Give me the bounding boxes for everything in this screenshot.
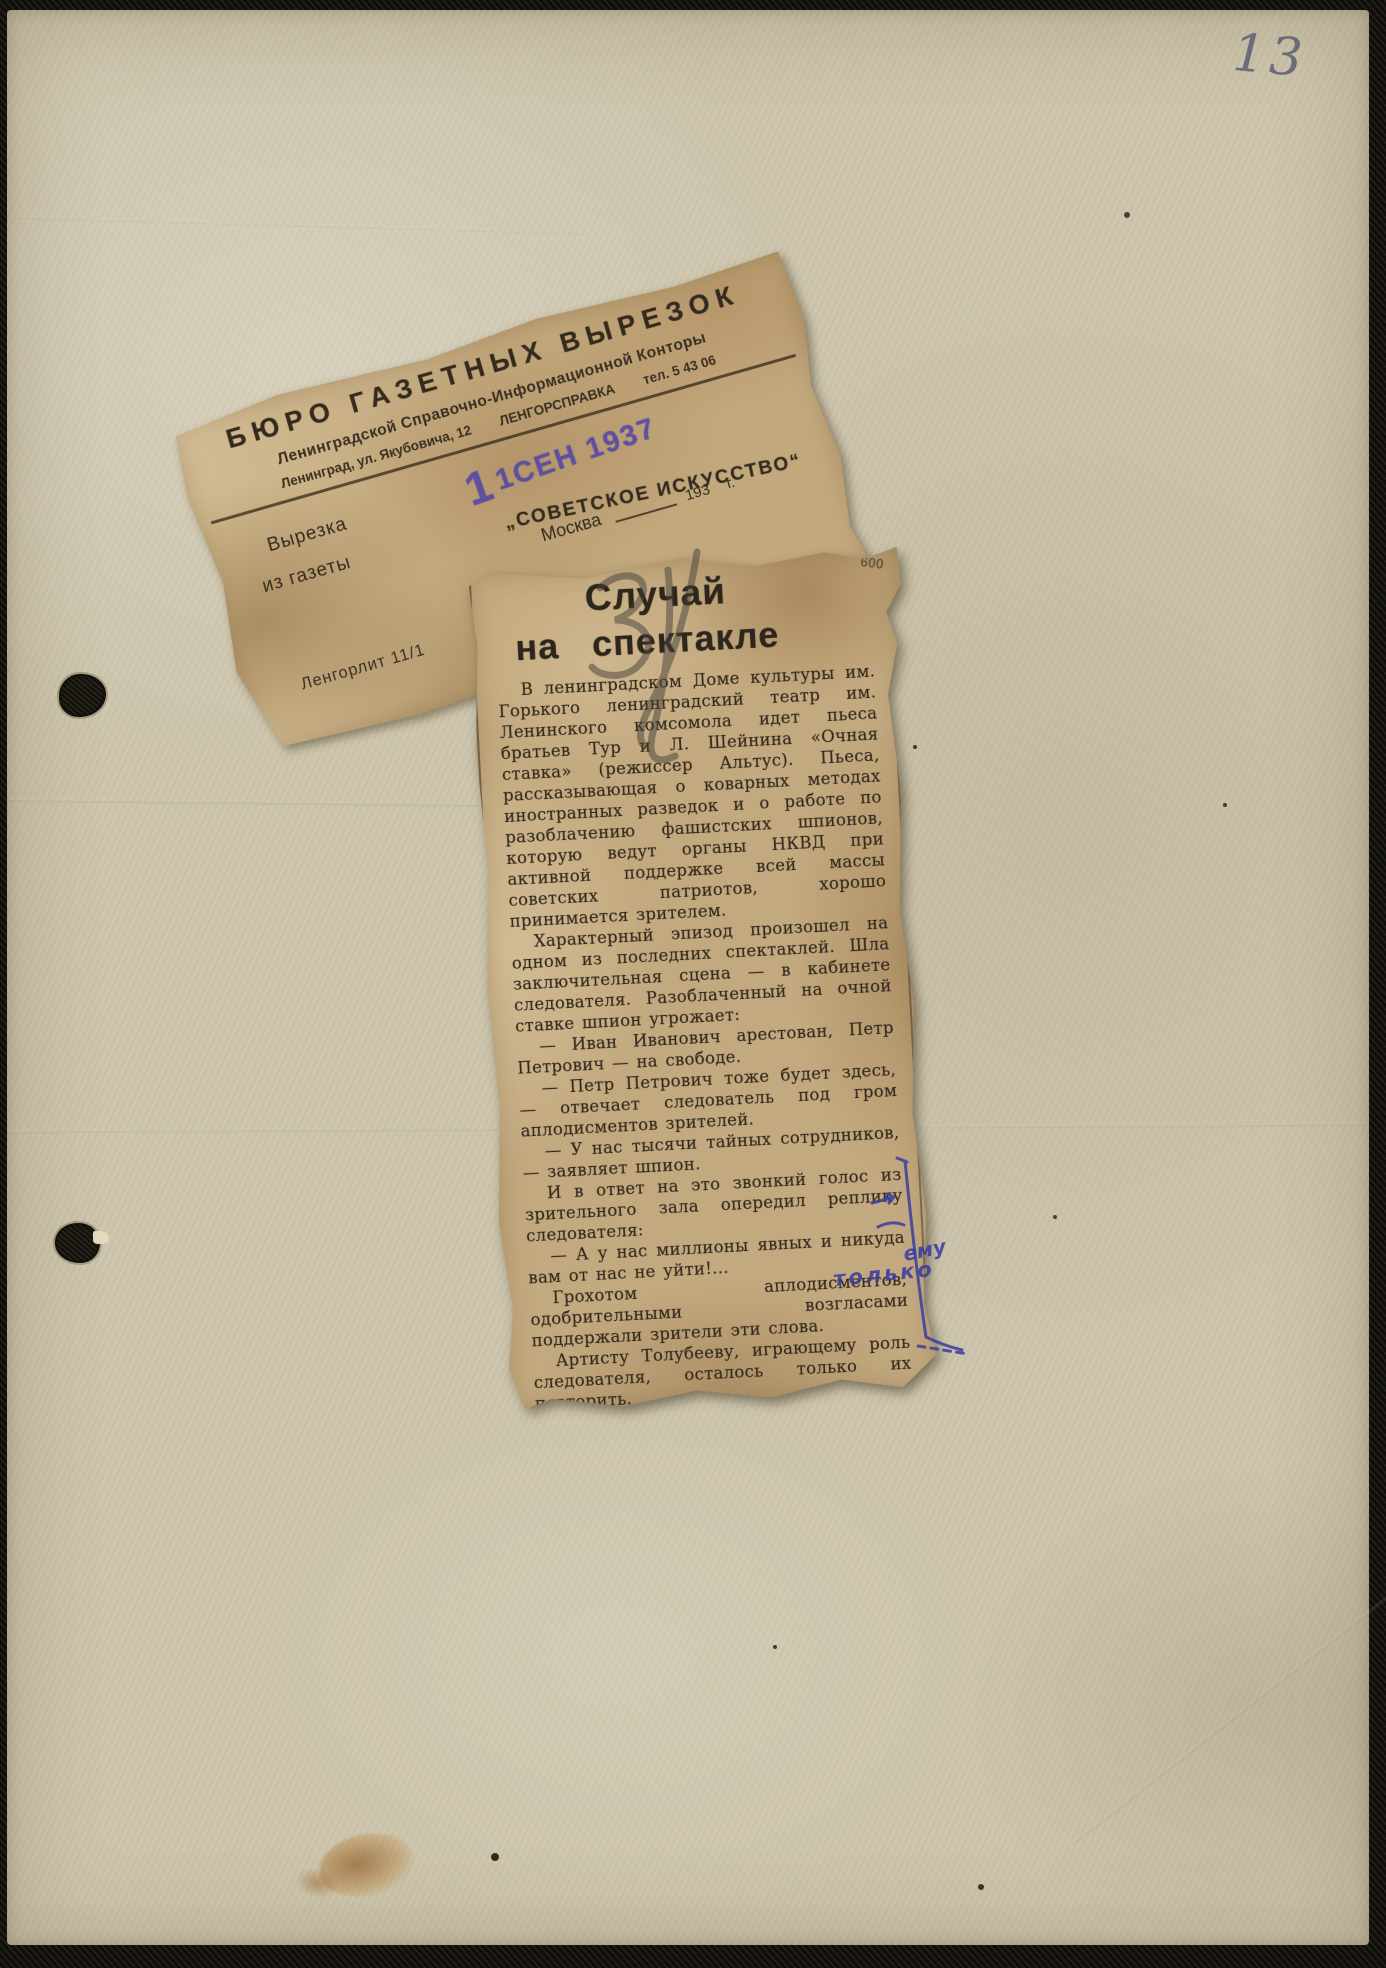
clipping-title: Случай на спектакле: [492, 563, 874, 671]
cutting-label-line1: Вырезка: [265, 513, 350, 557]
year-blank-line: [616, 503, 678, 523]
punch-hole: [55, 1223, 100, 1263]
paper-speckles: [913, 745, 917, 749]
clipping-paragraph: В ленинградском Доме культуры им. Горько…: [497, 661, 888, 932]
cutting-label-line2: из газеты: [260, 551, 354, 597]
clipping-text: В ленинградском Доме культуры им. Горько…: [497, 661, 913, 1415]
paper-crease: [1071, 1522, 1386, 1845]
clipping-corner-number: 600: [859, 553, 884, 572]
censor-line: Ленгорлит 11/1: [299, 640, 428, 694]
clipping-paragraph: Характерный эпизод произошел на одном из…: [510, 912, 893, 1037]
page-number-pencil: 13: [1225, 23, 1314, 88]
paper-crease: [17, 216, 589, 235]
year-prefix: 193: [683, 481, 712, 504]
